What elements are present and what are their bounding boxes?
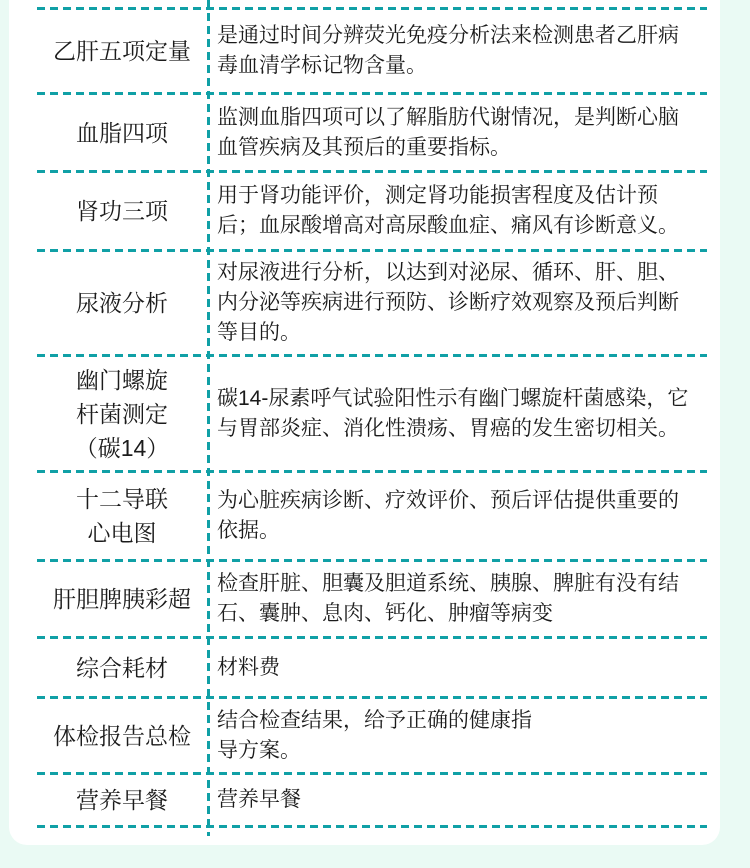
item-name-cell: 体检报告总检 (37, 719, 207, 753)
table-row: 营养早餐营养早餐 (37, 775, 707, 825)
row-separator (37, 170, 707, 173)
item-description-cell: 监测血脂四项可以了解脂肪代谢情况，是判断心脑血管疾病及其预后的重要指标。 (210, 97, 707, 169)
row-separator (37, 636, 707, 639)
table-row: 十二导联 心电图为心脏疾病诊断、疗效评价、预后评估提供重要的依据。 (37, 473, 707, 559)
item-description-cell: 结合检查结果，给予正确的健康指 导方案。 (210, 700, 707, 772)
row-separator (37, 354, 707, 357)
exam-items-table: 乙肝五项定量是通过时间分辨荧光免疫分析法来检测患者乙肝病毒血清学标记物含量。血脂… (37, 0, 707, 836)
item-description-cell: 用于肾功能评价，测定肾功能损害程度及估计预后；血尿酸增高对高尿酸血症、痛风有诊断… (210, 175, 707, 247)
content-card: 乙肝五项定量是通过时间分辨荧光免疫分析法来检测患者乙肝病毒血清学标记物含量。血脂… (9, 0, 720, 845)
item-name-cell: 肝胆脾胰彩超 (37, 582, 207, 616)
item-description-cell: 营养早餐 (210, 779, 707, 821)
table-row: 肝胆脾胰彩超检查肝脏、胆囊及胆道系统、胰腺、脾脏有没有结石、囊肿、息肉、钙化、肿… (37, 562, 707, 636)
item-description-cell: 材料费 (210, 647, 707, 689)
row-separator (37, 470, 707, 473)
item-name-cell: 乙肝五项定量 (37, 34, 207, 68)
item-name-cell: 尿液分析 (37, 286, 207, 320)
item-description-cell: 碳14-尿素呼气试验阳性示有幽门螺旋杆菌感染，它与胃部炎症、消化性溃疡、胃癌的发… (210, 378, 707, 450)
item-name-cell: 营养早餐 (37, 783, 207, 817)
row-separator (37, 696, 707, 699)
table-row: 血脂四项监测血脂四项可以了解脂肪代谢情况，是判断心脑血管疾病及其预后的重要指标。 (37, 95, 707, 170)
table-row: 综合耗材材料费 (37, 639, 707, 696)
table-row: 尿液分析对尿液进行分析，以达到对泌尿、循环、肝、胆、内分泌等疾病进行预防、诊断疗… (37, 252, 707, 354)
item-description-cell: 对尿液进行分析，以达到对泌尿、循环、肝、胆、内分泌等疾病进行预防、诊断疗效观察及… (210, 252, 707, 354)
item-description-cell: 检查肝脏、胆囊及胆道系统、胰腺、脾脏有没有结石、囊肿、息肉、钙化、肿瘤等病变 (210, 563, 707, 635)
item-name-cell: 幽门螺旋 杆菌测定 （碳14） (37, 363, 207, 465)
item-name-cell: 十二导联 心电图 (37, 482, 207, 550)
table-row: 幽门螺旋 杆菌测定 （碳14）碳14-尿素呼气试验阳性示有幽门螺旋杆菌感染，它与… (37, 357, 707, 470)
row-separator (37, 92, 707, 95)
page-background: 乙肝五项定量是通过时间分辨荧光免疫分析法来检测患者乙肝病毒血清学标记物含量。血脂… (0, 0, 750, 845)
column-divider (207, 0, 210, 836)
item-name-cell: 肾功三项 (37, 194, 207, 228)
row-separator (37, 772, 707, 775)
row-separator (37, 825, 707, 828)
row-separator (37, 559, 707, 562)
table-row: 体检报告总检结合检查结果，给予正确的健康指 导方案。 (37, 699, 707, 772)
item-name-cell: 综合耗材 (37, 651, 207, 685)
item-name-cell: 血脂四项 (37, 116, 207, 150)
item-description-cell: 为心脏疾病诊断、疗效评价、预后评估提供重要的依据。 (210, 480, 707, 552)
table-row: 肾功三项用于肾功能评价，测定肾功能损害程度及估计预后；血尿酸增高对高尿酸血症、痛… (37, 173, 707, 249)
row-separator (37, 7, 707, 10)
item-description-cell: 是通过时间分辨荧光免疫分析法来检测患者乙肝病毒血清学标记物含量。 (210, 15, 707, 87)
row-separator (37, 249, 707, 252)
table-row: 乙肝五项定量是通过时间分辨荧光免疫分析法来检测患者乙肝病毒血清学标记物含量。 (37, 10, 707, 92)
